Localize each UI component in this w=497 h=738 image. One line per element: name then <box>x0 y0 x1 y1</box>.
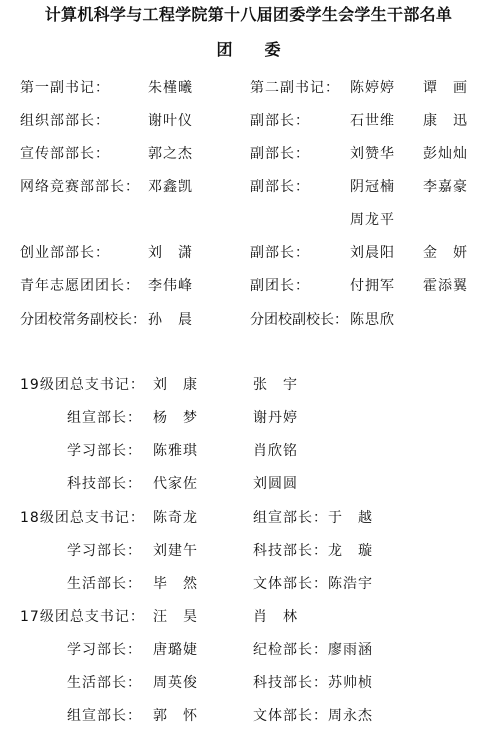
grade-right: 张 宇 <box>253 376 298 394</box>
grade-name: 汪 昊 <box>153 608 198 626</box>
grade-name: 刘建午 <box>153 542 198 560</box>
grade-right: 肖 林 <box>253 608 298 626</box>
section-title: 团 委 <box>0 41 497 59</box>
row-label-2: 分团校副校长： <box>250 311 348 329</box>
row-name: 李伟峰 <box>148 277 193 295</box>
grade-right: 肖欣铭 <box>253 442 298 460</box>
grade-label: 组宣部长： <box>67 707 142 725</box>
row-name-2a: 陈婷婷 <box>350 79 395 97</box>
row-name-2b: 康 迅 <box>423 112 468 130</box>
row-label-2: 第二副书记： <box>250 79 340 97</box>
row-name-2b: 金 妍 <box>423 244 468 262</box>
grade-right: 文体部长：周永杰 <box>253 707 373 725</box>
row-name: 孙 晨 <box>148 311 193 329</box>
grade-right: 文体部长：陈浩宇 <box>253 575 373 593</box>
grade-right: 科技部长：苏帅桢 <box>253 674 373 692</box>
row-label-2: 副部长： <box>250 112 310 130</box>
row-name: 刘 潇 <box>148 244 193 262</box>
row-label: 第一副书记： <box>20 79 110 97</box>
row-name-2a: 陈思欣 <box>350 311 395 329</box>
row-name-2a: 刘赞华 <box>350 145 395 163</box>
row-name-2a: 刘晨阳 <box>350 244 395 262</box>
grade-right: 谢丹婷 <box>253 409 298 427</box>
grade-right: 组宣部长：于 越 <box>253 509 373 527</box>
grade-label: 学习部长： <box>67 641 142 659</box>
row-label: 分团校常务副校长： <box>20 311 146 329</box>
row-label: 宣传部部长： <box>20 145 110 163</box>
row-label: 青年志愿团团长： <box>20 277 140 295</box>
row-name-2a: 阴冠楠 <box>350 178 395 196</box>
grade-name: 周英俊 <box>153 674 198 692</box>
row-label: 创业部部长： <box>20 244 110 262</box>
grade-label: 18级团总支书记： <box>20 509 145 527</box>
grade-label: 学习部长： <box>67 442 142 460</box>
grade-name: 杨 梦 <box>153 409 198 427</box>
row-name-2a: 付拥军 <box>350 277 395 295</box>
row-label: 网络竞赛部部长： <box>20 178 140 196</box>
row-name-2a: 周龙平 <box>350 211 395 229</box>
grade-name: 郭 怀 <box>153 707 198 725</box>
row-name: 朱槿曦 <box>148 79 193 97</box>
document-title: 计算机科学与工程学院第十八届团委学生会学生干部名单 <box>0 6 497 24</box>
grade-name: 代家佐 <box>153 475 198 493</box>
grade-label: 组宣部长： <box>67 409 142 427</box>
row-label-2: 副部长： <box>250 178 310 196</box>
grade-label: 学习部长： <box>67 542 142 560</box>
grade-name: 陈奇龙 <box>153 509 198 527</box>
grade-right: 刘圆圆 <box>253 475 298 493</box>
grade-name: 刘 康 <box>153 376 198 394</box>
row-name: 邓鑫凯 <box>148 178 193 196</box>
grade-label: 生活部长： <box>67 575 142 593</box>
grade-label: 19级团总支书记： <box>20 376 145 394</box>
row-label: 组织部部长： <box>20 112 110 130</box>
row-label-2: 副团长： <box>250 277 310 295</box>
row-name: 谢叶仪 <box>148 112 193 130</box>
grade-label: 生活部长： <box>67 674 142 692</box>
row-label-2: 副部长： <box>250 244 310 262</box>
row-name-2b: 霍添翼 <box>423 277 468 295</box>
grade-label: 科技部长： <box>67 475 142 493</box>
row-name: 郭之杰 <box>148 145 193 163</box>
row-name-2b: 李嘉豪 <box>423 178 468 196</box>
grade-name: 唐璐婕 <box>153 641 198 659</box>
grade-right: 纪检部长：廖雨涵 <box>253 641 373 659</box>
row-name-2b: 谭 画 <box>423 79 468 97</box>
row-label-2: 副部长： <box>250 145 310 163</box>
row-name-2a: 石世维 <box>350 112 395 130</box>
grade-name: 陈雅琪 <box>153 442 198 460</box>
grade-label: 17级团总支书记： <box>20 608 145 626</box>
grade-name: 毕 然 <box>153 575 198 593</box>
row-name-2b: 彭灿灿 <box>423 145 468 163</box>
grade-right: 科技部长：龙 璇 <box>253 542 373 560</box>
